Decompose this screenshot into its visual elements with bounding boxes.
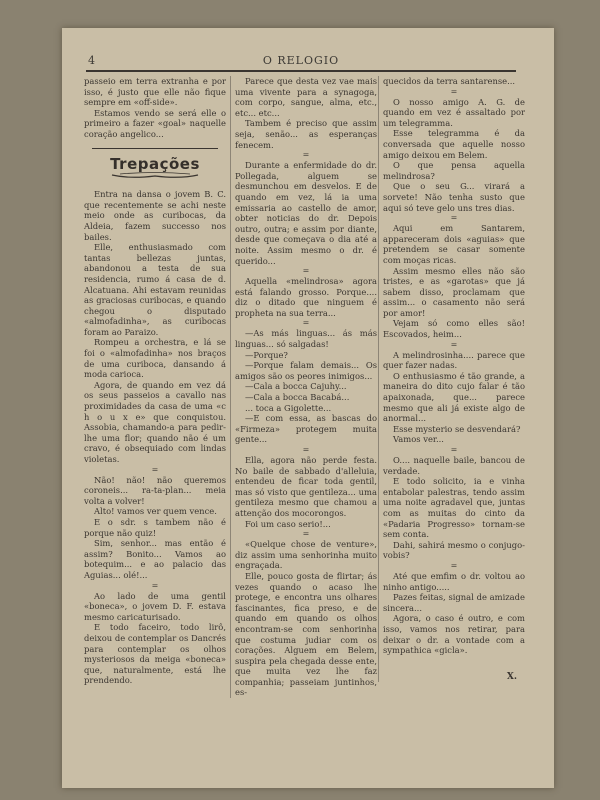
- paragraph: Parece que desta vez vae mais uma vivent…: [235, 76, 377, 118]
- paragraph: «Quelque chose de venture», diz assim um…: [235, 539, 377, 571]
- separator: =: [383, 88, 525, 96]
- paragraph: E todo faceiro, todo lirô, deixou de con…: [84, 622, 226, 686]
- paragraph: Entra na dansa o jovem B. C. que recente…: [84, 189, 226, 242]
- paragraph: Elle, pouco gosta de flirtar; ás vezes q…: [235, 571, 377, 698]
- section-title: Trepações: [84, 159, 226, 170]
- paragraph: Pazes feitas, signal de amizade sincera.…: [383, 592, 525, 613]
- paragraph: Agora, de quando em vez dá os seus passe…: [84, 380, 226, 465]
- paragraph: Vejam só como elles são! Escovados, heim…: [383, 318, 525, 339]
- paragraph: Aquella «melindrosa» agora está falando …: [235, 276, 377, 318]
- paragraph: Alto! vamos ver quem vence.: [84, 506, 226, 517]
- paragraph: Foi um caso serio!...: [235, 519, 377, 530]
- separator: =: [84, 466, 226, 474]
- paragraph: Agora, o caso é outro, e com isso, vamos…: [383, 613, 525, 655]
- separator: =: [235, 267, 377, 275]
- separator: =: [383, 214, 525, 222]
- paragraph: Vamos ver...: [383, 434, 525, 445]
- paragraph: —E com essa, as bascas do «Firmeza» prot…: [235, 413, 377, 445]
- column-1-intro: passeio em terra extranha e por isso, é …: [84, 76, 226, 140]
- paragraph: —Porque?: [235, 350, 377, 361]
- paragraph: Assim mesmo elles não são tristes, e as …: [383, 266, 525, 319]
- paragraph: passeio em terra extranha e por isso, é …: [84, 76, 226, 108]
- paragraph: Ella, agora não perde festa. No baile de…: [235, 455, 377, 519]
- paragraph: quecidos da terra santarense...: [383, 76, 525, 87]
- paragraph: Não! não! não queremos coroneis... ra-ta…: [84, 475, 226, 507]
- separator: =: [235, 151, 377, 159]
- separator: =: [383, 341, 525, 349]
- paragraph: Esse telegramma é da conversada que aque…: [383, 128, 525, 160]
- separator: =: [235, 446, 377, 454]
- paragraph: Elle, enthusiasmado com tantas bellezas …: [84, 242, 226, 337]
- separator: =: [84, 582, 226, 590]
- paragraph: O nosso amigo A. G. de quando em vez é a…: [383, 97, 525, 129]
- paragraph: —As más linguas... ás más linguas... só …: [235, 328, 377, 349]
- paragraph: O enthusiasmo é tão grande, a maneira do…: [383, 371, 525, 424]
- paragraph: O que pensa aquella melindrosa?: [383, 160, 525, 181]
- column-2-body: Parece que desta vez vae mais uma vivent…: [235, 76, 377, 698]
- column-3-body: quecidos da terra santarense...=O nosso …: [383, 76, 525, 656]
- paragraph: Que o seu G... virará a sorvete! Não ten…: [383, 181, 525, 213]
- paragraph: Aqui em Santarem, appareceram dois «agui…: [383, 223, 525, 265]
- paragraph: E o sdr. s tambem não é porque não quiz!: [84, 517, 226, 538]
- signature: X.: [383, 672, 525, 683]
- paragraph: Até que emfim o dr. voltou ao ninho anti…: [383, 571, 525, 592]
- column-2: Parece que desta vez vae mais uma vivent…: [230, 76, 377, 698]
- paragraph: O.... naquelle baile, bancou de verdade.: [383, 455, 525, 476]
- paragraph: Esse mysterio se desvendará?: [383, 424, 525, 435]
- paragraph: A melindrosinha.... parece que quer faze…: [383, 350, 525, 371]
- paragraph: —Porque falam demais... Os amigos são os…: [235, 360, 377, 381]
- separator: =: [383, 562, 525, 570]
- paragraph: Dahi, sahirá mesmo o conjugo-vobis?: [383, 540, 525, 561]
- newspaper-page: 4 O RELOGIO passeio em terra extranha e …: [62, 28, 554, 788]
- page-header: 4 O RELOGIO: [86, 54, 516, 72]
- separator: =: [235, 319, 377, 327]
- column-1: passeio em terra extranha e por isso, é …: [84, 76, 226, 686]
- paragraph: Durante a enfermidade do dr. Pollegada, …: [235, 160, 377, 266]
- paragraph: —Cala a bocca Bacabá...: [235, 392, 377, 403]
- separator: =: [235, 530, 377, 538]
- section-divider: [92, 148, 218, 149]
- separator: =: [383, 446, 525, 454]
- paragraph: —Cala a bocca Cajuhy...: [235, 381, 377, 392]
- paragraph: ... toca a Gigolette...: [235, 403, 377, 414]
- column-1-body: Entra na dansa o jovem B. C. que recente…: [84, 189, 226, 686]
- paragraph: Estamos vendo se será elle o primeiro a …: [84, 108, 226, 140]
- paragraph: E todo solicito, ia e vinha entabolar pa…: [383, 476, 525, 540]
- masthead: O RELOGIO: [86, 54, 516, 67]
- paragraph: Ao lado de uma gentil «boneca», o jovem …: [84, 591, 226, 623]
- paragraph: Rompeu a orchestra, e lá se foi o «almof…: [84, 337, 226, 379]
- paragraph: Tambem é preciso que assim seja, senão..…: [235, 118, 377, 150]
- column-3: quecidos da terra santarense...=O nosso …: [378, 76, 525, 682]
- paragraph: Sim, senhor... mas então é assim? Bonito…: [84, 538, 226, 580]
